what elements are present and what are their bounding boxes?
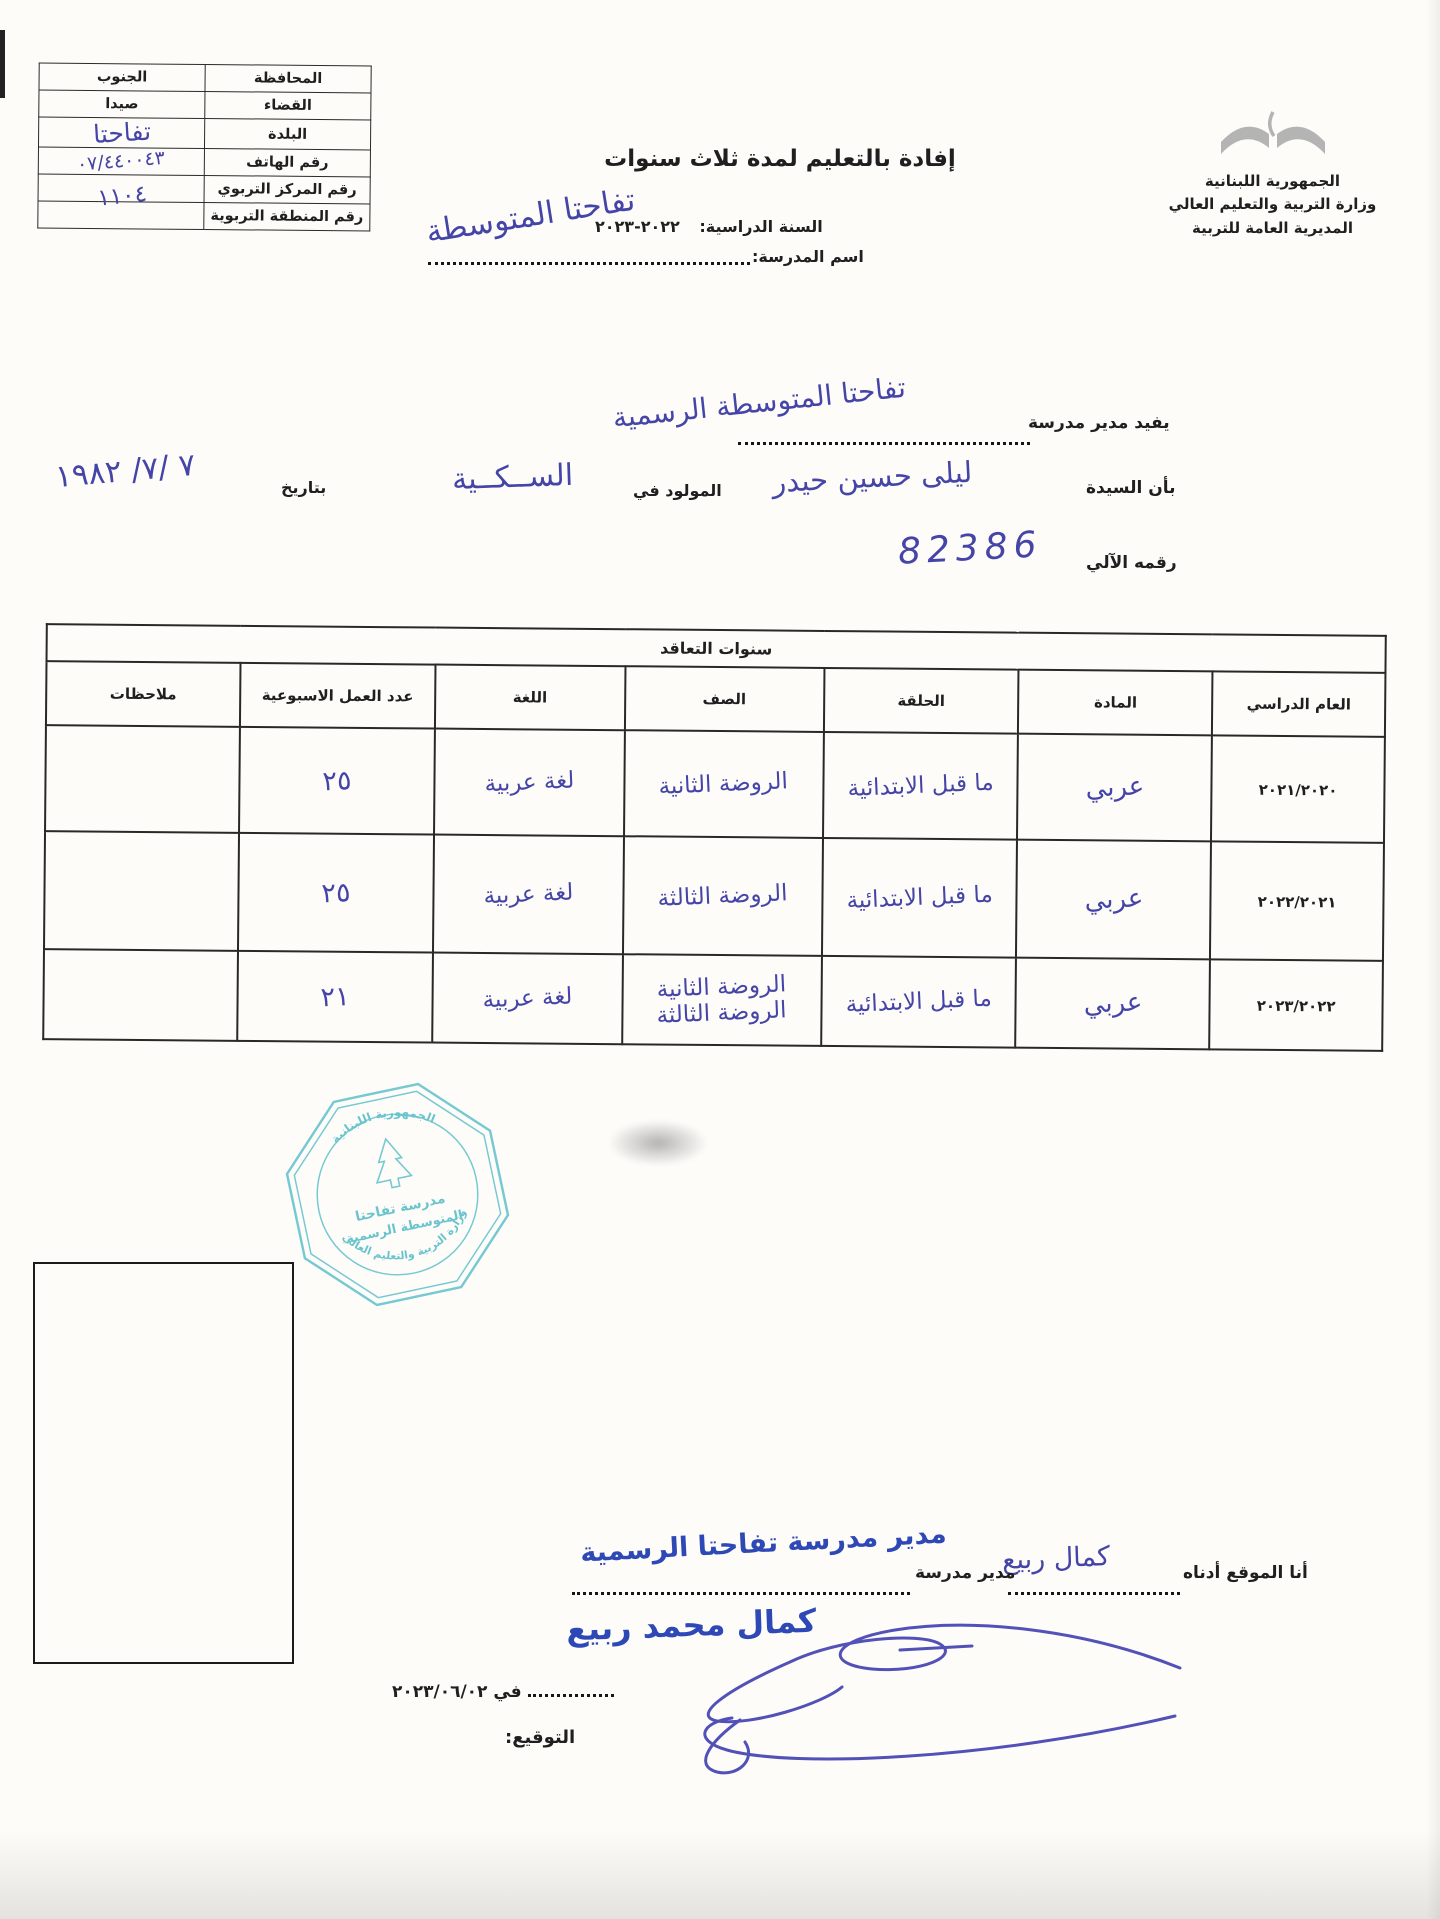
school-name-label: اسم المدرسة: — [752, 247, 864, 266]
stamp-title-text: مدير مدرسة تفاحتا الرسمية — [579, 1518, 947, 1568]
birthdate-label: بتاريخ — [281, 478, 326, 497]
cell-language-handwritten: لغة عربية — [483, 879, 574, 909]
cell-language-handwritten: لغة عربية — [484, 767, 575, 797]
auto-number-handwritten: 82386 — [897, 524, 1043, 573]
table-row: القضاء صيدا — [39, 90, 371, 120]
table-row: رقم الهاتف ٠٧/٤٤٠٠٤٣ — [38, 147, 370, 177]
seal-cedar-icon — [368, 1135, 413, 1190]
contract-years-table: سنوات التعاقد العام الدراسي المادة الحلق… — [42, 623, 1387, 1052]
info-value-phone-handwritten: ٠٧/٤٤٠٠٤٣ — [77, 147, 167, 176]
born-in-label: المولود في — [633, 481, 722, 500]
cell-grade-handwritten: الروضة الثالثة — [657, 880, 788, 912]
col-header-weekly-hours: عدد العمل الاسبوعية — [240, 663, 435, 729]
info-value-edu-center-handwritten: ١١٠٤ — [96, 181, 148, 212]
statement-madam-label: بأن السيدة — [1086, 478, 1176, 498]
info-label-edu-center-number: رقم المركز التربوي — [204, 175, 370, 203]
scan-right-shading — [1426, 0, 1440, 1919]
cell-grade2-handwritten: الروضة الثالثة — [656, 997, 787, 1029]
location-info-table: المحافظة الجنوب القضاء صيدا البلدة تفاحت… — [37, 63, 371, 232]
cell-year: ٢٠٢٣/٢٠٢٢ — [1257, 996, 1336, 1015]
school-year-line: السنة الدراسية: ٢٠٢٣-٢٠٢٢ — [595, 217, 823, 236]
scan-edge-artifact — [0, 30, 5, 98]
principal-signature — [540, 1608, 1190, 1783]
declaration-dotted-line2 — [572, 1588, 910, 1595]
info-value-town-handwritten: تفاحتا — [92, 117, 152, 149]
cell-year: ٢٠٢٢/٢٠٢١ — [1258, 892, 1337, 911]
scanned-document-page: الجمهورية اللبنانية وزارة التربية والتعل… — [0, 0, 1440, 1919]
table-row: ٢٠٢١/٢٠٢٠ عربي ما قبل الابتدائية الروضة … — [45, 725, 1385, 843]
cell-grade-handwritten: الروضة الثانية — [658, 768, 788, 800]
statement-principal-label: يفيد مدير مدرسة — [1028, 413, 1170, 433]
declaration-principal-label: مدير مدرسة — [915, 1563, 1015, 1583]
cell-hours-handwritten: ٢٥ — [321, 877, 351, 909]
ministry-line-republic: الجمهورية اللبنانية — [1130, 170, 1415, 193]
info-label-district: القضاء — [205, 92, 371, 120]
ministry-open-book-icon — [1213, 108, 1333, 166]
col-header-subject: المادة — [1018, 670, 1212, 736]
svg-text:الجمهورية اللبنانية: الجمهورية اللبنانية — [324, 1095, 439, 1147]
birthplace-handwritten: الســكــية — [451, 458, 573, 497]
table-row: ٢٠٢٣/٢٠٢٢ عربي ما قبل الابتدائية الروضة … — [43, 949, 1383, 1051]
ministry-header-block: الجمهورية اللبنانية وزارة التربية والتعل… — [1130, 108, 1415, 240]
empty-annotation-box — [33, 1262, 294, 1664]
declaration-name-handwritten: كمال ربيع — [1001, 1541, 1110, 1576]
teacher-name-handwritten: ليلى حسين حيدر — [771, 455, 973, 499]
cell-subject-handwritten: عربي — [1085, 771, 1145, 804]
declaration-dotted-line — [1008, 1588, 1180, 1595]
table-row: ٢٠٢٢/٢٠٢١ عربي ما قبل الابتدائية الروضة … — [44, 831, 1384, 961]
cell-cycle-handwritten: ما قبل الابتدائية — [846, 882, 993, 914]
issue-date-label: في — [493, 1682, 521, 1702]
info-label-town: البلدة — [204, 119, 370, 150]
cell-cycle-handwritten: ما قبل الابتدائية — [845, 986, 992, 1018]
table-header-row: العام الدراسي المادة الحلقة الصف اللغة ع… — [46, 661, 1386, 737]
col-header-school-year: العام الدراسي — [1212, 671, 1385, 737]
col-header-cycle: الحلقة — [823, 668, 1018, 734]
school-name-handwritten: تفاحتا المتوسطة — [423, 182, 637, 251]
table-row: المحافظة الجنوب — [39, 63, 371, 93]
info-value-governorate: الجنوب — [39, 63, 205, 91]
table-row: رقم المنطقة التربوية — [38, 201, 370, 231]
cell-subject-handwritten: عربي — [1084, 883, 1144, 916]
table-row: رقم المركز التربوي ١١٠٤ — [38, 174, 370, 204]
col-header-language: اللغة — [435, 665, 625, 731]
birthdate-handwritten: ١٩٨٢ /٧/ ٧ — [54, 447, 197, 495]
seal-arc-top-text: الجمهورية اللبنانية — [324, 1095, 439, 1147]
declaration-label: أنا الموقع أدناه — [1183, 1563, 1308, 1583]
ministry-line-ministry: وزارة التربية والتعليم العالي — [1130, 193, 1415, 216]
info-label-governorate: المحافظة — [205, 65, 371, 93]
cell-cycle-handwritten: ما قبل الابتدائية — [847, 770, 994, 802]
col-header-notes: ملاحظات — [46, 661, 241, 727]
statement-school-dotted-line — [738, 438, 1030, 445]
info-value-district: صيدا — [39, 90, 205, 118]
school-year-label: السنة الدراسية: — [699, 217, 822, 236]
cell-year: ٢٠٢١/٢٠٢٠ — [1259, 780, 1338, 799]
issue-date-value: ٢٠٢٣/٠٦/٠٢ — [392, 1682, 487, 1702]
ministry-line-directorate: المديرية العامة للتربية — [1130, 217, 1415, 240]
col-header-grade: الصف — [625, 666, 824, 732]
info-label-phone: رقم الهاتف — [204, 148, 370, 176]
info-label-edu-region-number: رقم المنطقة التربوية — [204, 202, 370, 230]
cell-subject-handwritten: عربي — [1083, 987, 1143, 1020]
scan-smudge — [608, 1120, 708, 1166]
cell-hours-handwritten: ٢١ — [320, 981, 350, 1013]
statement-school-handwritten: تفاحتا المتوسطة الرسمية — [611, 371, 907, 435]
cell-language-handwritten: لغة عربية — [482, 983, 573, 1013]
scan-bottom-shading — [0, 1830, 1440, 1919]
table-row: البلدة تفاحتا — [38, 117, 370, 150]
school-name-dotted-line — [428, 258, 750, 265]
auto-number-label: رقمه الآلي — [1086, 553, 1177, 573]
cell-hours-handwritten: ٢٥ — [322, 765, 352, 797]
school-seal-stamp: الجمهورية اللبنانية مدرسة تفاحتا المتوسط… — [257, 1050, 538, 1339]
document-title: إفادة بالتعليم لمدة ثلاث سنوات — [545, 146, 1015, 172]
